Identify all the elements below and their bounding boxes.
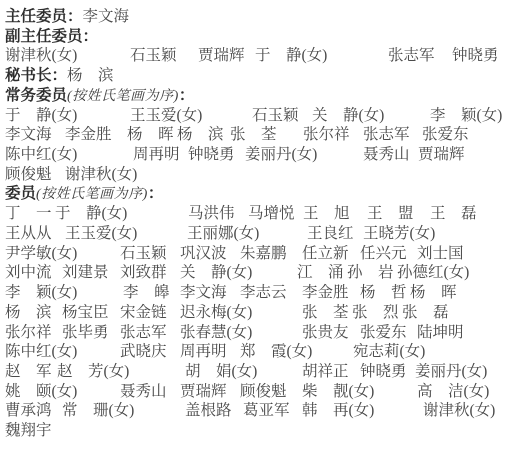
name-line: 曹承鸿常 珊(女)盖根路葛亚军韩 再(女)谢津秋(女) (0, 401, 527, 421)
member-name: 曹承鸿 (5, 401, 52, 421)
member-name: 于 静(女) (5, 106, 77, 126)
member-name: 迟永梅(女) (180, 303, 252, 323)
name-line: 尹学敏(女)石玉颖巩汉波朱嘉鹏任立新任兴元刘士国 (0, 244, 527, 264)
member-name: 张志军 (388, 46, 435, 66)
member-name: 张春慧(女) (180, 323, 252, 343)
member-name: 钟晓勇 (188, 145, 235, 165)
member-name: 张 磊 (402, 303, 449, 323)
member-name: 杨 滨 (177, 125, 224, 145)
member-name: 于 静(女) (55, 204, 127, 224)
member-name: 李文海 (5, 125, 52, 145)
sort-order-note: (按姓氏笔画为序) (36, 187, 148, 202)
name-line: 赵 军赵 芳(女)胡 娟(女)胡祥正钟晓勇姜丽丹(女) (0, 362, 527, 382)
member-name: 钟晓勇 (452, 46, 499, 66)
member-name: 石玉颖 (130, 46, 177, 66)
name-line: 陈中红(女)周再明钟晓勇姜丽丹(女)聂秀山贾瑞辉 (0, 145, 527, 165)
member-name: 张爱东 (422, 125, 469, 145)
member-name: 聂秀山 (363, 145, 410, 165)
name-line: 陈中红(女)武晓庆周再明郑 霞(女)宛志莉(女) (0, 342, 527, 362)
member-name: 王从从 (5, 224, 52, 244)
member-name: 谢津秋(女) (423, 401, 495, 421)
section-label: 主任委员 (5, 8, 67, 25)
member-name: 宋金链 (120, 303, 167, 323)
heading-line: 委员(按姓氏笔画为序)： (0, 184, 527, 204)
member-name: 王良红 (307, 224, 354, 244)
member-name: 周再明 (180, 342, 227, 362)
member-name: 刘中流 (5, 263, 52, 283)
member-name: 李志云 (240, 283, 287, 303)
member-name: 尹学敏(女) (5, 244, 77, 264)
section-label: 秘书长 (5, 67, 52, 84)
member-name: 姜丽丹(女) (415, 362, 487, 382)
heading-line: 副主任委员： (0, 27, 527, 47)
member-name: 杨 滨 (5, 303, 52, 323)
roster-lines: 主任委员：李文海副主任委员：谢津秋(女)石玉颖贾瑞辉于 静(女)张志军钟晓勇秘书… (0, 7, 527, 441)
member-name: 胡 娟(女) (185, 362, 257, 382)
name-line: 顾俊魁谢津秋(女) (0, 165, 527, 185)
member-name: 贾瑞辉 (198, 46, 245, 66)
member-name: 李 颖(女) (430, 106, 502, 126)
member-name: 聂秀山 (120, 382, 167, 402)
member-name: 杨 晖 (127, 125, 174, 145)
member-name: 任立新 (302, 244, 349, 264)
section-label: 副主任委员 (5, 28, 83, 45)
label-colon: ： (179, 87, 195, 104)
member-name: 韩 再(女) (302, 401, 374, 421)
name-line: 姚 颐(女)聂秀山贾瑞辉顾俊魁柴 靓(女)高 洁(女) (0, 382, 527, 402)
member-name: 江 涌 (297, 263, 344, 283)
member-name: 赵 芳(女) (57, 362, 129, 382)
member-name: 陈中红(女) (5, 342, 77, 362)
member-name: 刘士国 (417, 244, 464, 264)
member-name: 钟晓勇 (360, 362, 407, 382)
member-name: 李文海 (180, 283, 227, 303)
member-name: 张 荃 (302, 303, 349, 323)
name-line: 李文海李金胜杨 晖杨 滨张 荃张尔祥张志军张爱东 (0, 125, 527, 145)
member-name: 陈中红(女) (5, 145, 77, 165)
member-name: 盖根路 (185, 401, 232, 421)
member-name: 张尔祥 (5, 323, 52, 343)
member-name: 周再明 (133, 145, 180, 165)
label-colon: ： (67, 8, 83, 25)
member-name: 马增悦 (248, 204, 295, 224)
member-name: 杨 哲 (360, 283, 407, 303)
member-name: 李 皞 (123, 283, 170, 303)
member-name: 张毕勇 (62, 323, 109, 343)
name-line: 于 静(女)王玉爱(女)石玉颖关 静(女)李 颖(女) (0, 106, 527, 126)
member-name: 顾俊魁 (240, 382, 287, 402)
member-name: 姚 颐(女) (5, 382, 77, 402)
member-name: 赵 军 (5, 362, 52, 382)
member-name: 张志军 (120, 323, 167, 343)
member-name: 朱嘉鹏 (240, 244, 287, 264)
section-label: 委员 (5, 185, 36, 202)
committee-roster-document: 主任委员：李文海副主任委员：谢津秋(女)石玉颖贾瑞辉于 静(女)张志军钟晓勇秘书… (0, 0, 527, 450)
heading-line: 主任委员：李文海 (0, 7, 527, 27)
member-name: 柴 靓(女) (302, 382, 374, 402)
member-name: 孙 岩 (347, 263, 394, 283)
name-line: 魏翔宇 (0, 421, 527, 441)
member-name: 张贵友 (302, 323, 349, 343)
member-name: 王 磊 (430, 204, 477, 224)
member-name: 贾瑞辉 (180, 382, 227, 402)
label-colon: ： (83, 28, 99, 45)
name-line: 刘中流刘建景刘致群关 静(女)江 涌孙 岩孙德红(女) (0, 263, 527, 283)
member-name: 关 静(女) (312, 106, 384, 126)
member-name: 孙德红(女) (397, 263, 469, 283)
member-name: 魏翔宇 (5, 421, 52, 441)
member-name: 张 烈 (352, 303, 399, 323)
member-name: 张尔祥 (303, 125, 350, 145)
label-colon: ： (148, 185, 164, 202)
member-name: 石玉颖 (252, 106, 299, 126)
name-line: 丁 一于 静(女)马洪伟马增悦王 旭王 盟王 磊 (0, 204, 527, 224)
member-name: 丁 一 (5, 204, 52, 224)
member-name: 关 静(女) (180, 263, 252, 283)
member-name: 王 旭 (303, 204, 350, 224)
member-name: 武晓庆 (120, 342, 167, 362)
member-name: 胡祥正 (302, 362, 349, 382)
member-name: 谢津秋(女) (5, 46, 77, 66)
member-name: 王晓芳(女) (363, 224, 435, 244)
member-name: 宛志莉(女) (353, 342, 425, 362)
member-name: 王玉爱(女) (130, 106, 202, 126)
member-name: 王玉爱(女) (65, 224, 137, 244)
member-name: 石玉颖 (120, 244, 167, 264)
member-name: 于 静(女) (255, 46, 327, 66)
name-line: 张尔祥张毕勇张志军张春慧(女)张贵友张爱东陆坤明 (0, 323, 527, 343)
member-name: 王 盟 (367, 204, 414, 224)
member-name: 张志军 (363, 125, 410, 145)
member-name: 李金胜 (65, 125, 112, 145)
heading-name: 李文海 (83, 8, 130, 25)
member-name: 刘建景 (62, 263, 109, 283)
member-name: 巩汉波 (180, 244, 227, 264)
member-name: 贾瑞辉 (418, 145, 465, 165)
name-line: 王从从王玉爱(女)王丽娜(女)王良红王晓芳(女) (0, 224, 527, 244)
member-name: 杨 晖 (410, 283, 457, 303)
member-name: 李 颖(女) (5, 283, 77, 303)
name-line: 谢津秋(女)石玉颖贾瑞辉于 静(女)张志军钟晓勇 (0, 46, 527, 66)
member-name: 葛亚军 (243, 401, 290, 421)
member-name: 陆坤明 (417, 323, 464, 343)
member-name: 郑 霞(女) (240, 342, 312, 362)
member-name: 王丽娜(女) (187, 224, 259, 244)
name-line: 李 颖(女)李 皞李文海李志云李金胜杨 哲杨 晖 (0, 283, 527, 303)
member-name: 杨宝臣 (62, 303, 109, 323)
member-name: 张爱东 (360, 323, 407, 343)
member-name: 刘致群 (120, 263, 167, 283)
member-name: 姜丽丹(女) (245, 145, 317, 165)
member-name: 谢津秋(女) (65, 165, 137, 185)
member-name: 高 洁(女) (417, 382, 489, 402)
member-name: 张 荃 (230, 125, 277, 145)
member-name: 任兴元 (360, 244, 407, 264)
label-colon: ： (52, 67, 68, 84)
member-name: 马洪伟 (188, 204, 235, 224)
member-name: 李金胜 (302, 283, 349, 303)
sort-order-note: (按姓氏笔画为序) (67, 89, 179, 104)
heading-line: 常务委员(按姓氏笔画为序)： (0, 86, 527, 106)
section-label: 常务委员 (5, 87, 67, 104)
heading-name: 杨 滨 (67, 67, 114, 84)
member-name: 顾俊魁 (5, 165, 52, 185)
heading-line: 秘书长：杨 滨 (0, 66, 527, 86)
name-line: 杨 滨杨宝臣宋金链迟永梅(女)张 荃张 烈张 磊 (0, 303, 527, 323)
member-name: 常 珊(女) (62, 401, 134, 421)
